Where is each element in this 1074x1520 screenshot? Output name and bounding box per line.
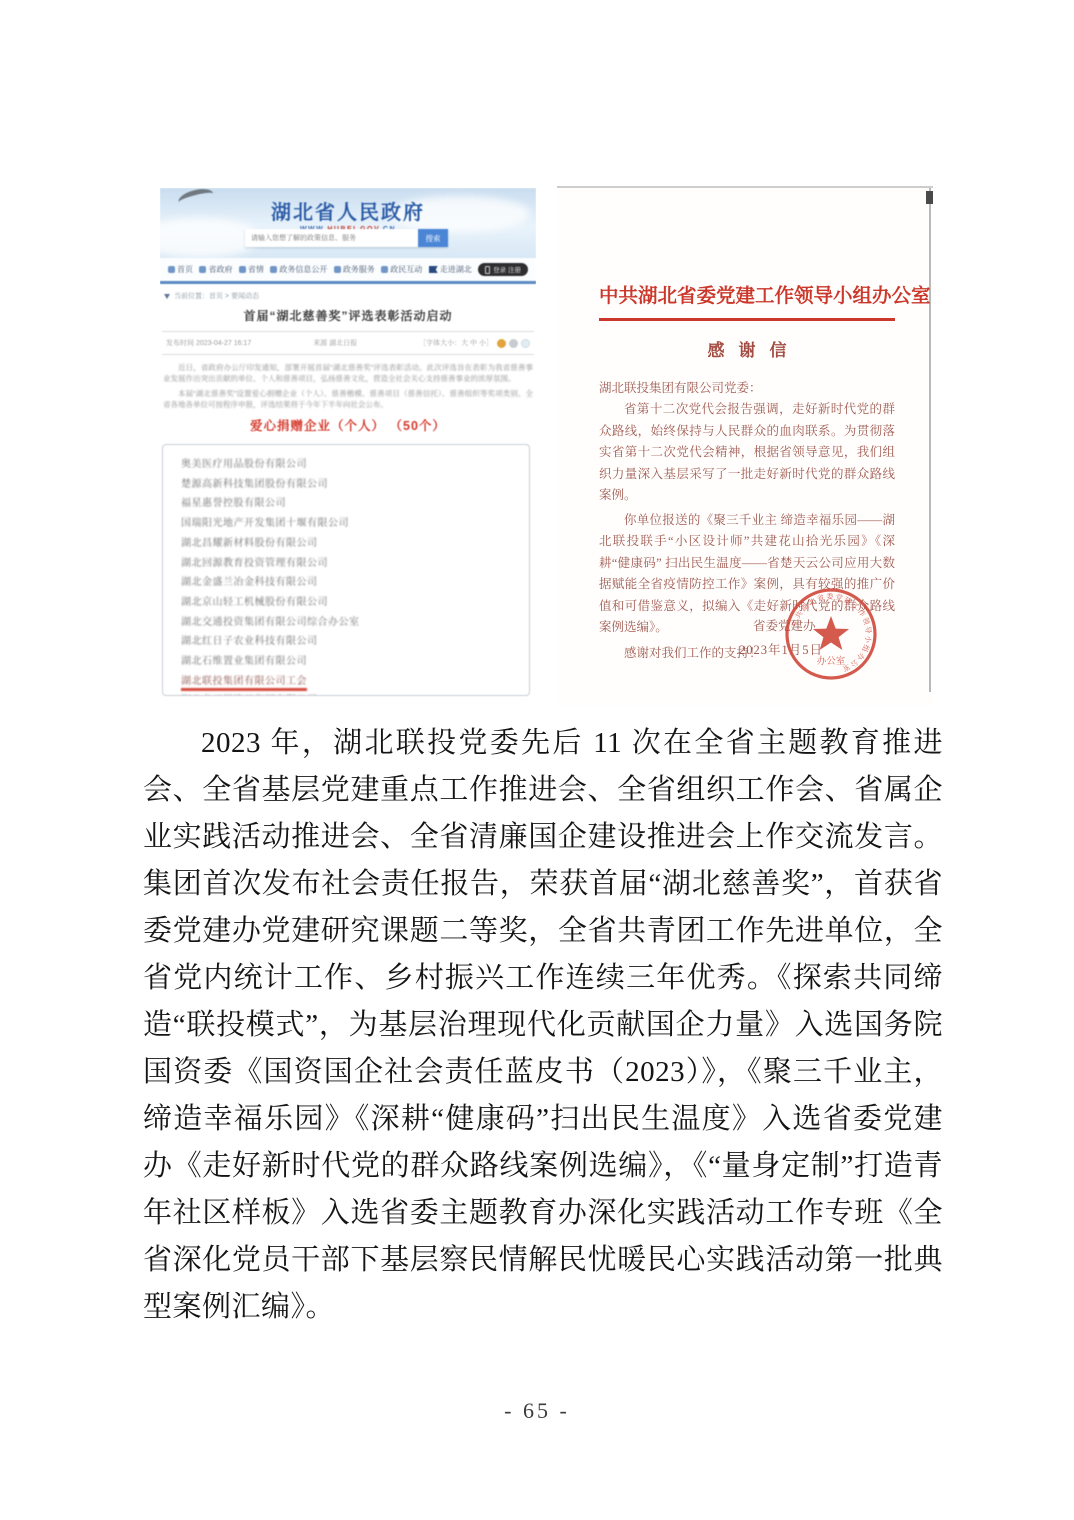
company-item: 奥美医疗用品股份有限公司	[181, 455, 529, 475]
search-button[interactable]: 搜索	[418, 229, 448, 247]
article-body: 近日，省政府办公厅印发通知，部署开展首届“湖北慈善奖”评选表彰活动。此次评选旨在…	[163, 362, 533, 410]
article-meta-date: 发布时间 2023-04-27 16:17	[166, 338, 251, 348]
article-meta-source: 来源 湖北日报	[313, 338, 357, 348]
company-item: 湖北红日子农业科技有限公司	[181, 632, 529, 652]
article-meta-fontsize: ［字体大小：大 中 小］	[419, 338, 530, 348]
figure-gov-website-screenshot: 湖北省人民政府 WWW.HUBEI.GOV.CN 搜索 首页 省政府 省情 政务…	[160, 188, 536, 698]
login-register-button[interactable]: 登录 注册	[478, 263, 528, 276]
seal-star-icon	[813, 616, 849, 650]
company-item: 福星惠誉控股有限公司	[181, 494, 529, 514]
company-item: 湖北京山轻工机械股份有限公司	[181, 593, 529, 613]
seal-office-text: 办公室	[817, 655, 846, 667]
body-paragraph: 2023 年，湖北联投党委先后 11 次在全省主题教育推进会、全省基层党建重点工…	[143, 720, 943, 1331]
company-item: 湖北昌耀新材料股份有限公司	[181, 534, 529, 554]
company-item: 湖北回源教育投资管理有限公司	[181, 554, 529, 574]
letter-paragraph: 省第十二次党代会报告强调，走好新时代党的群众路线，始终保持与人民群众的血肉联系。…	[599, 399, 895, 507]
site-header: 湖北省人民政府 WWW.HUBEI.GOV.CN 搜索	[160, 188, 536, 258]
company-item: 湖北石维置业集团有限公司	[181, 652, 529, 672]
file-icon	[270, 266, 277, 273]
share-weibo-icon[interactable]	[509, 339, 518, 348]
phone-icon	[485, 266, 490, 274]
search-bar: 搜索	[245, 229, 448, 247]
letter-org-title: 中共湖北省委党建工作领导小组办公室	[599, 280, 895, 308]
letter-title: 感谢信	[599, 336, 895, 361]
print-icon[interactable]	[521, 339, 530, 348]
company-item: 湖北金盛兰冶金科技有限公司	[181, 573, 529, 593]
nav-item-government[interactable]: 省政府	[199, 264, 232, 275]
search-input[interactable]	[245, 229, 418, 247]
company-list: 奥美医疗用品股份有限公司 楚源高新科技集团股份有限公司 福星惠誉控股有限公司 国…	[162, 444, 530, 696]
company-item-highlighted: 湖北联投集团有限公司工会	[181, 672, 529, 692]
site-title: 湖北省人民政府	[160, 188, 536, 225]
breadcrumb: 当前位置：首页 > 要闻动态	[160, 284, 536, 301]
company-item: 国瑞阳光地产开发集团十堰有限公司	[181, 514, 529, 534]
location-marker-icon	[164, 294, 170, 299]
nav-item-disclosure[interactable]: 政务信息公开	[270, 264, 327, 275]
nav-item-home[interactable]: 首页	[168, 264, 193, 275]
letter-salutation: 湖北联投集团有限公司党委：	[599, 378, 895, 396]
document-page: 湖北省人民政府 WWW.HUBEI.GOV.CN 搜索 首页 省政府 省情 政务…	[0, 0, 1074, 1520]
nav-item-interaction[interactable]: 政民互动	[381, 264, 422, 275]
article-paragraph: 本届“湖北慈善奖”设置爱心捐赠企业（个人）、慈善楷模、慈善项目（慈善信托）、慈善…	[163, 388, 533, 410]
letterhead-rule	[599, 318, 895, 321]
article-paragraph: 近日，省政府办公厅印发通知，部署开展首届“湖北慈善奖”评选表彰活动。此次评选旨在…	[163, 362, 533, 384]
share-wechat-icon[interactable]	[497, 339, 506, 348]
donor-list-heading: 爱心捐赠企业（个人） （50个）	[160, 416, 536, 434]
building-icon	[199, 266, 206, 273]
article-title: 首届“湖北慈善奖”评选表彰活动启动	[160, 307, 536, 324]
nav-item-services[interactable]: 政务服务	[334, 264, 375, 275]
company-item: 湖北龙王恨渔具集团有限公司	[181, 691, 529, 696]
service-icon	[334, 266, 341, 273]
company-item: 湖北交通投资集团有限公司综合办公室	[181, 613, 529, 633]
site-nav: 首页 省政府 省情 政务信息公开 政务服务 政民互动 走进湖北 登录 注册	[160, 258, 536, 284]
nav-item-discover-hubei[interactable]: 走进湖北	[429, 264, 472, 275]
nav-item-province[interactable]: 省情	[239, 264, 264, 275]
official-seal: 中共湖北省委党建工作领导小组办公室 办公室	[783, 586, 879, 682]
page-number: - 65 -	[0, 1398, 1074, 1424]
article-meta: 发布时间 2023-04-27 16:17 来源 湖北日报 ［字体大小：大 中 …	[162, 331, 534, 355]
company-item: 楚源高新科技集团股份有限公司	[181, 475, 529, 495]
chat-icon	[381, 266, 388, 273]
figure-thanks-letter: 中共湖北省委党建工作领导小组办公室 感谢信 湖北联投集团有限公司党委： 省第十二…	[557, 186, 933, 706]
flag-icon	[429, 266, 438, 273]
home-icon	[168, 266, 175, 273]
info-icon	[239, 266, 246, 273]
